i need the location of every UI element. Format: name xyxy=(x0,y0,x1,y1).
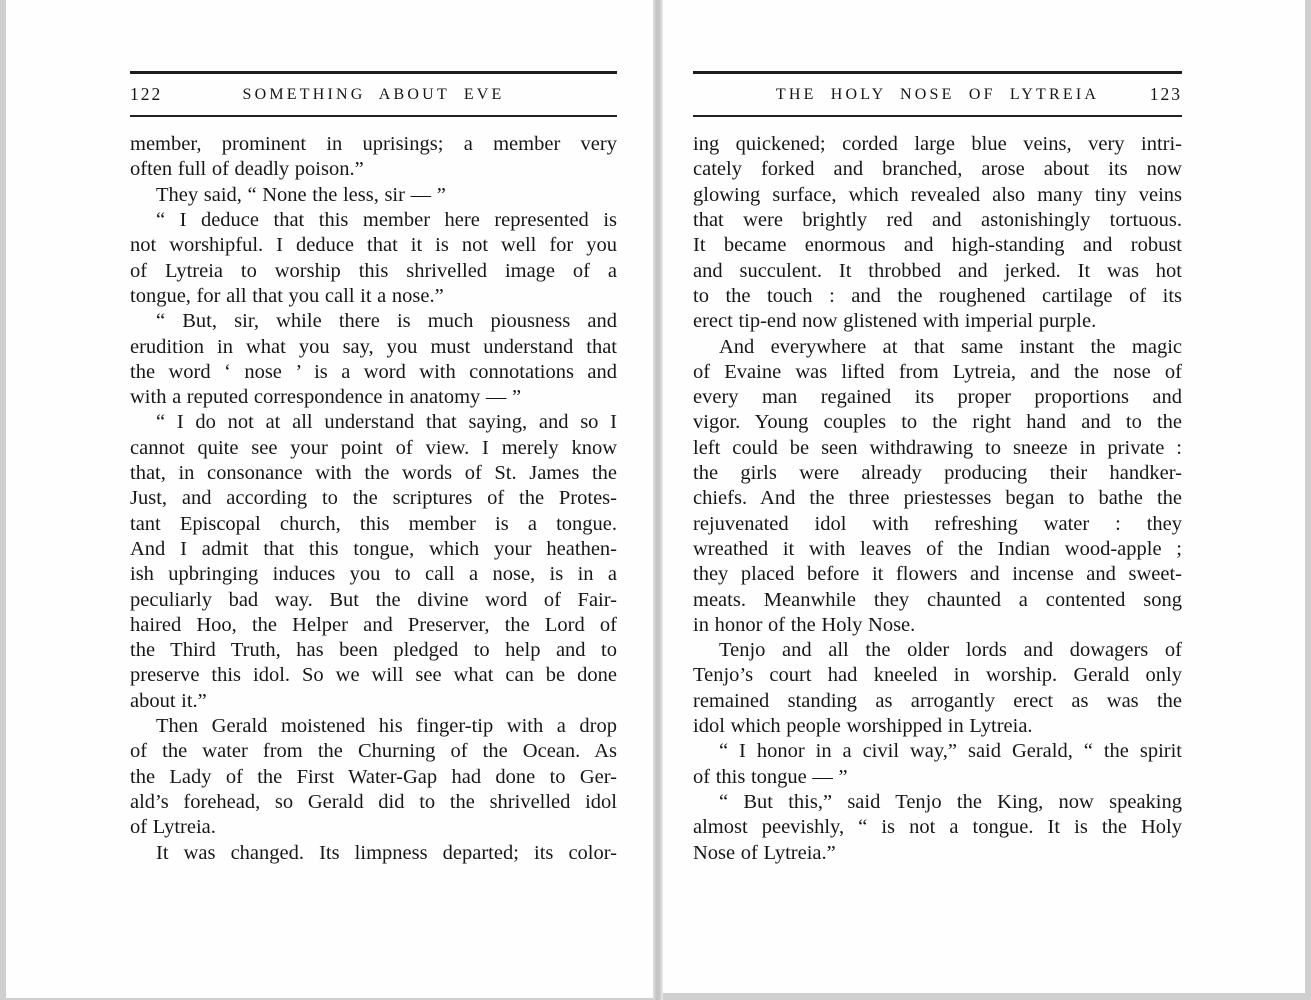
text-line: that were brightly red and astonishingly… xyxy=(693,208,1182,233)
text-line: tongue, for all that you call it a nose.… xyxy=(130,284,617,309)
running-head-left: SOMETHING ABOUT EVE xyxy=(130,86,617,104)
page-right-header: THE HOLY NOSE OF LYTREIA 123 xyxy=(693,74,1182,115)
page-number-left: 122 xyxy=(130,84,162,105)
page-gutter xyxy=(653,0,663,1000)
header-bottom-rule xyxy=(130,115,617,117)
text-line: of Lytreia. xyxy=(130,815,617,840)
text-line: “ But this,” said Tenjo the King, now sp… xyxy=(693,790,1182,815)
text-line: of Lytreia to worship this shrivelled im… xyxy=(130,259,617,284)
text-line: glowing surface, which revealed also man… xyxy=(693,183,1182,208)
text-line: “ I honor in a civil way,” said Gerald, … xyxy=(693,739,1182,764)
page-right: THE HOLY NOSE OF LYTREIA 123 ing quicken… xyxy=(663,0,1305,993)
text-line: to the touch : and the roughened cartila… xyxy=(693,284,1182,309)
text-line: cately forked and branched, arose about … xyxy=(693,157,1182,182)
text-line: they placed before it flowers and incens… xyxy=(693,562,1182,587)
header-bottom-rule xyxy=(693,115,1182,117)
text-line: almost peevishly, “ is not a tongue. It … xyxy=(693,815,1182,840)
text-line: not worshipful. I deduce that it is not … xyxy=(130,233,617,258)
text-line: It was changed. Its limpness departed; i… xyxy=(130,841,617,866)
text-line: of Evaine was lifted from Lytreia, and t… xyxy=(693,360,1182,385)
text-line: cannot quite see your point of view. I m… xyxy=(130,436,617,461)
text-line: rejuvenated idol with refreshing water :… xyxy=(693,512,1182,537)
text-line: peculiarly bad way. But the divine word … xyxy=(130,588,617,613)
page-left-column: 122 SOMETHING ABOUT EVE member, prominen… xyxy=(130,71,617,866)
text-line: “ I deduce that this member here represe… xyxy=(130,208,617,233)
text-line: the word ‘ nose ’ is a word with connota… xyxy=(130,360,617,385)
text-line: preserve this idol. So we will see what … xyxy=(130,663,617,688)
text-line: often full of deadly poison.” xyxy=(130,157,617,182)
text-line: tant Episcopal church, this member is a … xyxy=(130,512,617,537)
text-line: the girls were already producing their h… xyxy=(693,461,1182,486)
book-scan-spread: 122 SOMETHING ABOUT EVE member, prominen… xyxy=(0,0,1311,1000)
text-line: of the water from the Churning of the Oc… xyxy=(130,739,617,764)
text-line: erect tip-end now glistened with imperia… xyxy=(693,309,1182,334)
text-line: Just, and according to the scriptures of… xyxy=(130,486,617,511)
text-line: chiefs. And the three priestesses began … xyxy=(693,486,1182,511)
page-number-right: 123 xyxy=(1150,84,1182,105)
text-line: member, prominent in uprisings; a member… xyxy=(130,132,617,157)
text-line: ish upbringing induces you to call a nos… xyxy=(130,562,617,587)
text-line: wreathed it with leaves of the Indian wo… xyxy=(693,537,1182,562)
page-left-header: 122 SOMETHING ABOUT EVE xyxy=(130,74,617,115)
page-right-body: ing quickened; corded large blue veins, … xyxy=(693,132,1182,866)
text-line: erudition in what you say, you must unde… xyxy=(130,335,617,360)
text-line: “ I do not at all understand that saying… xyxy=(130,410,617,435)
text-line: and succulent. It throbbed and jerked. I… xyxy=(693,259,1182,284)
text-line: haired Hoo, the Helper and Preserver, th… xyxy=(130,613,617,638)
text-line: the Third Truth, has been pledged to hel… xyxy=(130,638,617,663)
text-line: with a reputed correspondence in anatomy… xyxy=(130,385,617,410)
text-line: Then Gerald moistened his finger-tip wit… xyxy=(130,714,617,739)
text-line: meats. Meanwhile they chaunted a content… xyxy=(693,588,1182,613)
text-line: vigor. Young couples to the right hand a… xyxy=(693,410,1182,435)
text-line: Tenjo’s court had kneeled in worship. Ge… xyxy=(693,663,1182,688)
text-line: It became enormous and high-standing and… xyxy=(693,233,1182,258)
text-line: And I admit that this tongue, which your… xyxy=(130,537,617,562)
text-line: left could be seen withdrawing to sneeze… xyxy=(693,436,1182,461)
running-head-right: THE HOLY NOSE OF LYTREIA xyxy=(693,86,1182,104)
page-left-body: member, prominent in uprisings; a member… xyxy=(130,132,617,866)
page-left: 122 SOMETHING ABOUT EVE member, prominen… xyxy=(6,0,653,998)
text-line: that, in consonance with the words of St… xyxy=(130,461,617,486)
page-right-column: THE HOLY NOSE OF LYTREIA 123 ing quicken… xyxy=(693,71,1182,866)
text-line: ing quickened; corded large blue veins, … xyxy=(693,132,1182,157)
text-line: Tenjo and all the older lords and dowage… xyxy=(693,638,1182,663)
text-line: ald’s forehead, so Gerald did to the shr… xyxy=(130,790,617,815)
text-line: They said, “ None the less, sir — ” xyxy=(130,183,617,208)
text-line: remained standing as arrogantly erect as… xyxy=(693,689,1182,714)
text-line: idol which people worshipped in Lytreia. xyxy=(693,714,1182,739)
text-line: of this tongue — ” xyxy=(693,765,1182,790)
text-line: Nose of Lytreia.” xyxy=(693,841,1182,866)
text-line: the Lady of the First Water-Gap had done… xyxy=(130,765,617,790)
text-line: about it.” xyxy=(130,689,617,714)
text-line: And everywhere at that same instant the … xyxy=(693,335,1182,360)
text-line: in honor of the Holy Nose. xyxy=(693,613,1182,638)
text-line: every man regained its proper proportion… xyxy=(693,385,1182,410)
text-line: “ But, sir, while there is much piousnes… xyxy=(130,309,617,334)
